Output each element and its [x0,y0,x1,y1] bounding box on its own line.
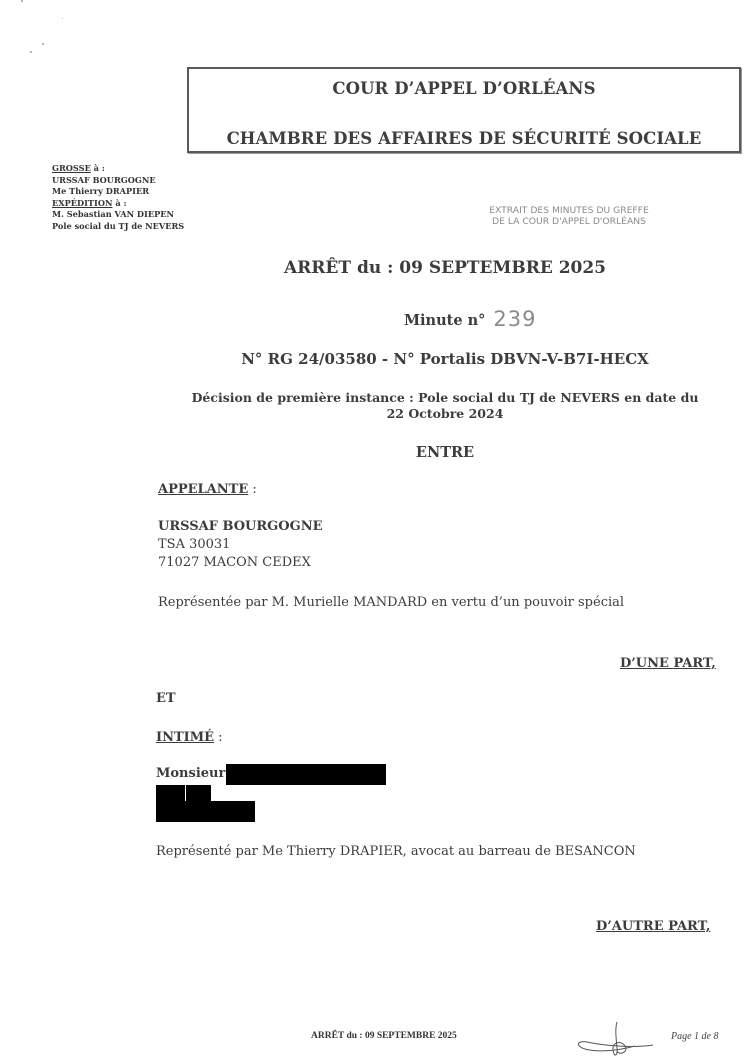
scan-speck [42,43,44,45]
et-separator: ET [156,691,176,706]
scan-speck [30,51,32,53]
chamber-name: CHAMBRE DES AFFAIRES DE SÉCURITÉ SOCIALE [189,129,739,148]
appelante-representation: Représentée par M. Murielle MANDARD en v… [158,595,624,610]
intime-heading: INTIMÉ : [156,730,223,745]
redacted-name [226,764,386,785]
page-number: Page 1 de 8 [671,1031,719,1042]
scan-speck [21,0,23,2]
expedition-recipient: Pole social du TJ de NEVERS [52,221,184,233]
redacted-address [186,785,211,801]
expedition-recipient: M. Sebastian VAN DIEPEN [52,209,184,221]
signature-icon [575,1018,655,1063]
grosse-recipient: URSSAF BOURGOGNE [52,175,184,187]
appelante-address-line: 71027 MACON CEDEX [158,555,311,570]
intime-title: Monsieur [156,766,225,781]
registry-stamp: EXTRAIT DES MINUTES DU GREFFE DE LA COUR… [470,206,668,227]
entre-heading: ENTRE [110,444,752,461]
appelante-address-line: TSA 30031 [158,537,230,552]
distribution-list: GROSSE à : URSSAF BOURGOGNE Me Thierry D… [52,163,184,233]
grosse-heading: GROSSE à : [52,163,184,175]
minute-label: Minute n° [404,312,485,329]
appelante-heading: APPELANTE : [158,482,257,497]
intime-representation: Représenté par Me Thierry DRAPIER, avoca… [156,844,636,859]
minute-number-line: Minute n°239 [404,306,537,330]
first-instance-decision: Décision de première instance : Pole soc… [150,390,740,422]
redacted-address [156,801,255,822]
minute-number: 239 [493,307,536,331]
arret-date: ARRÊT du : 09 SEPTEMBRE 2025 [110,258,752,278]
redacted-address [156,785,185,801]
scan-speck [62,18,63,19]
court-header-box: COUR D’APPEL D’ORLÉANS CHAMBRE DES AFFAI… [187,67,741,153]
d-autre-part: D’AUTRE PART, [596,919,710,934]
expedition-heading: EXPÉDITION à : [52,198,184,210]
court-name: COUR D’APPEL D’ORLÉANS [189,79,739,98]
appelante-name: URSSAF BOURGOGNE [158,519,323,534]
footer-arret-date: ARRÊT du : 09 SEPTEMBRE 2025 [311,1031,457,1041]
d-une-part: D’UNE PART, [620,656,716,671]
grosse-recipient: Me Thierry DRAPIER [52,186,184,198]
rg-number: N° RG 24/03580 - N° Portalis DBVN-V-B7I-… [110,350,752,368]
